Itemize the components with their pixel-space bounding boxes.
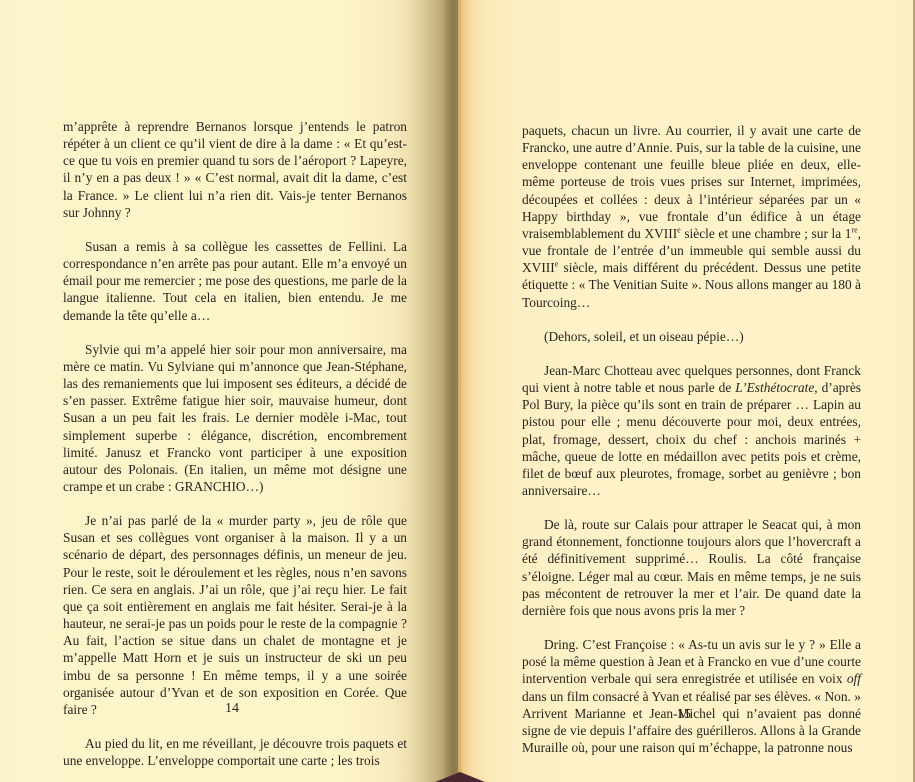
- paragraph: Dring. C’est Françoise : « As-tu un avis…: [522, 636, 861, 756]
- text-run: Dring. C’est Françoise : « As-tu un avis…: [522, 637, 861, 686]
- italic-word: off: [847, 671, 861, 686]
- book-cover-corner: [430, 772, 490, 782]
- paragraph: (Dehors, soleil, et un oiseau pépie…): [522, 328, 861, 345]
- right-page-text: paquets, chacun un livre. Au courrier, i…: [522, 122, 861, 756]
- paragraph: paquets, chacun un livre. Au courrier, i…: [522, 122, 861, 311]
- paragraph: Jean-Marc Chotteau avec quelques personn…: [522, 362, 861, 499]
- italic-title: L’Esthétocrate: [735, 380, 814, 395]
- text-run: siècle et une chambre ; sur la 1: [681, 226, 852, 241]
- paragraph: Je n’ai pas parlé de la « murder party »…: [63, 512, 407, 718]
- text-run: siècle, mais différent du précédent. Des…: [522, 260, 861, 309]
- left-page-text: m’apprête à reprendre Bernanos lorsque j…: [63, 118, 407, 769]
- paragraph: m’apprête à reprendre Bernanos lorsque j…: [63, 118, 407, 221]
- paragraph: De là, route sur Calais pour attraper le…: [522, 516, 861, 619]
- right-page: paquets, chacun un livre. Au courrier, i…: [458, 0, 915, 782]
- page-number-right: 15: [677, 707, 691, 723]
- paragraph: Susan a remis à sa collègue les cassette…: [63, 238, 407, 324]
- text-run: dans un film consacré à Yvan et réalisé …: [522, 689, 861, 755]
- text-run: , d’après Pol Bury, la pièce qu’ils sont…: [522, 380, 861, 498]
- page-number-left: 14: [225, 701, 239, 717]
- left-page: m’apprête à reprendre Bernanos lorsque j…: [0, 0, 458, 782]
- text-run: paquets, chacun un livre. Au courrier, i…: [522, 123, 861, 241]
- book-spread: m’apprête à reprendre Bernanos lorsque j…: [0, 0, 915, 782]
- paragraph: Au pied du lit, en me réveillant, je déc…: [63, 735, 407, 769]
- paragraph: Sylvie qui m’a appelé hier soir pour mon…: [63, 341, 407, 495]
- book-gutter-shadow: [444, 0, 462, 782]
